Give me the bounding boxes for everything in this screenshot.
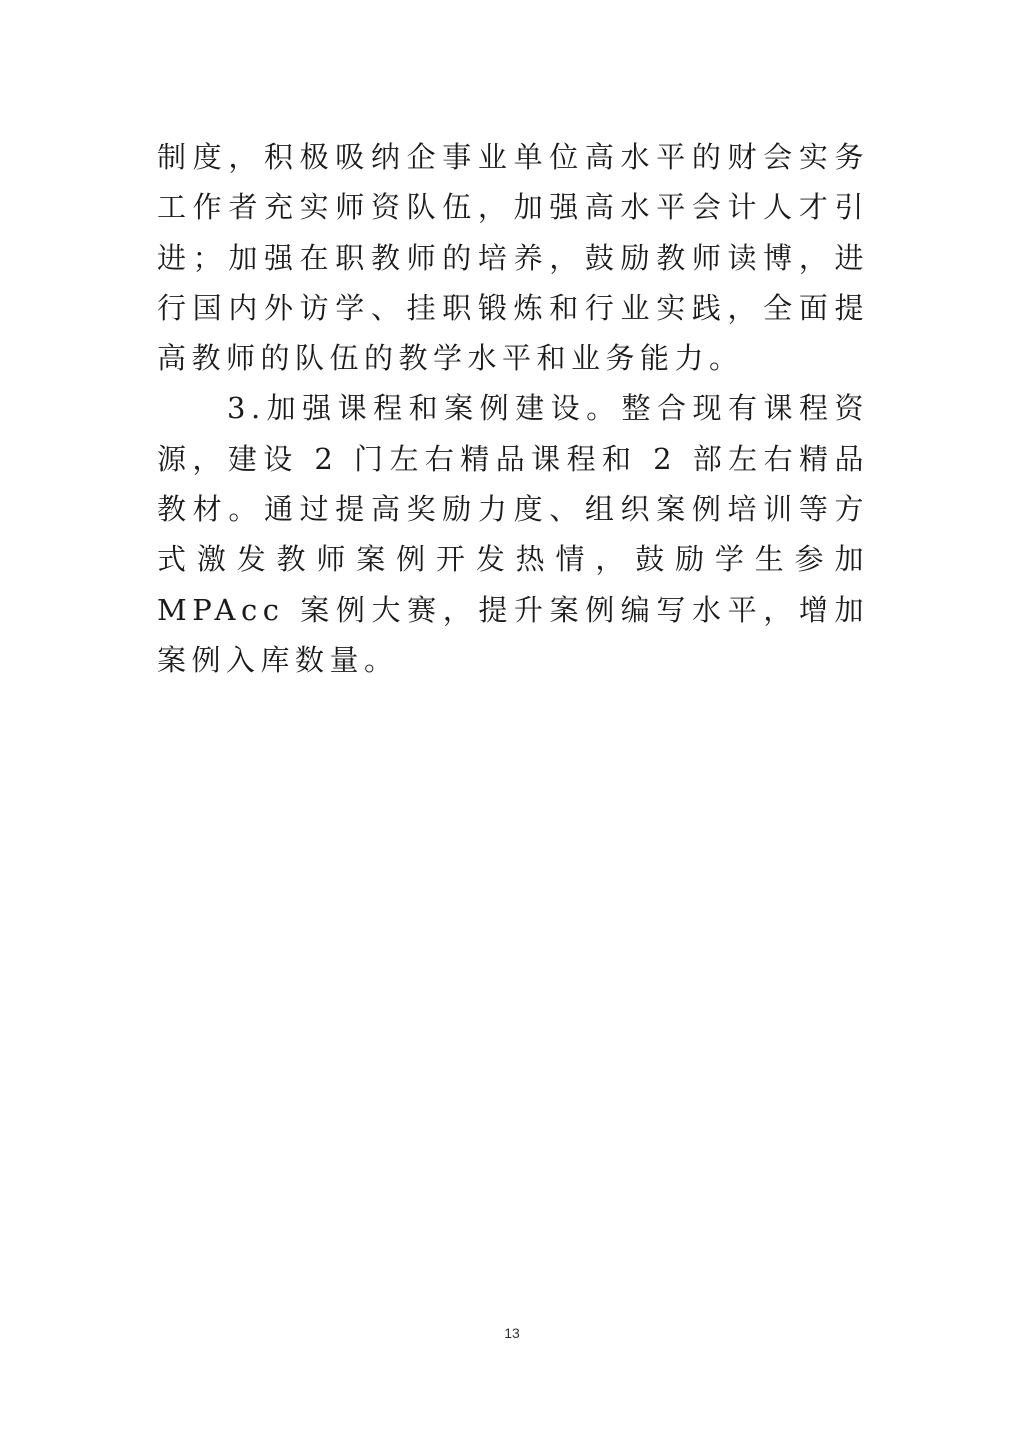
document-page: 制度，积极吸纳企事业单位高水平的财会实务工作者充实师资队伍，加强高水平会计人才引… <box>0 0 1024 1448</box>
page-number: 13 <box>0 1325 1024 1341</box>
paragraph-course-and-case-construction: 3.加强课程和案例建设。整合现有课程资源，建设 2 门左右精品课程和 2 部左右… <box>157 383 869 685</box>
body-text: 制度，积极吸纳企事业单位高水平的财会实务工作者充实师资队伍，加强高水平会计人才引… <box>157 132 869 685</box>
paragraph-faculty-development: 制度，积极吸纳企事业单位高水平的财会实务工作者充实师资队伍，加强高水平会计人才引… <box>157 132 869 383</box>
